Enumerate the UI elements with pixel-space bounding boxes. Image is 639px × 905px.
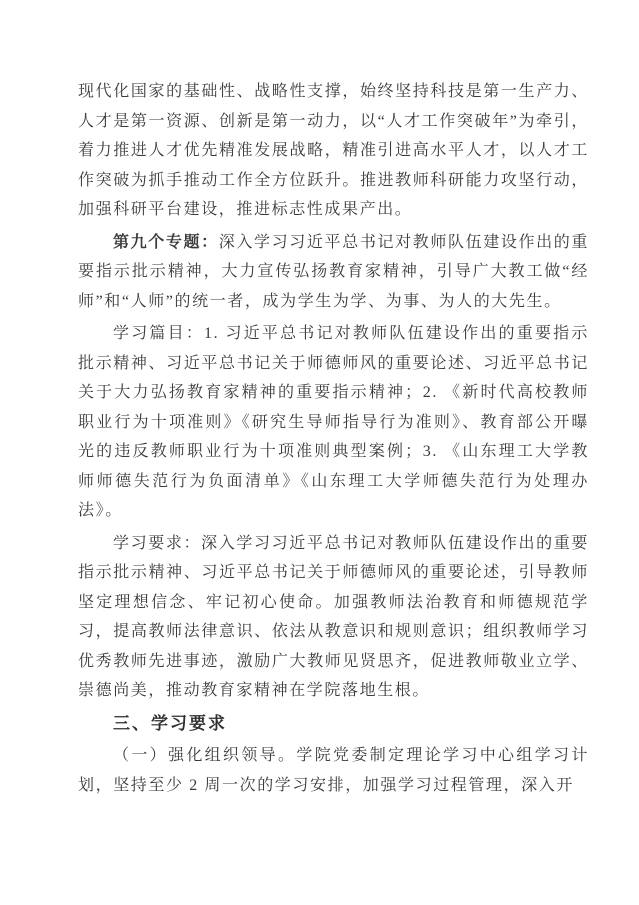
document-body: 现代化国家的基础性、战略性支撑，始终坚持科技是第一生产力、人才是第一资源、创新是…	[78, 77, 589, 800]
para-strengthen-org-leadership: （一）强化组织领导。学院党委制定理论学习中心组学习计划，坚持至少 2 周一次的学…	[78, 741, 589, 800]
para-topic-nine: 第九个专题：深入学习习近平总书记对教师队伍建设作出的重要指示批示精神，大力宣传弘…	[78, 228, 589, 317]
heading-section-three: 三、学习要求	[78, 709, 589, 739]
para-study-articles: 学习篇目：1. 习近平总书记对教师队伍建设作出的重要指示批示精神、习近平总书记关…	[78, 319, 589, 526]
paragraph-lead: 第九个专题：	[113, 234, 219, 251]
document-page: 现代化国家的基础性、战略性支撑，始终坚持科技是第一生产力、人才是第一资源、创新是…	[0, 0, 639, 905]
para-study-requirements: 学习要求：深入学习习近平总书记对教师队伍建设作出的重要指示批示精神、习近平总书记…	[78, 529, 589, 706]
para-continued-from-previous-page: 现代化国家的基础性、战略性支撑，始终坚持科技是第一生产力、人才是第一资源、创新是…	[78, 77, 589, 225]
